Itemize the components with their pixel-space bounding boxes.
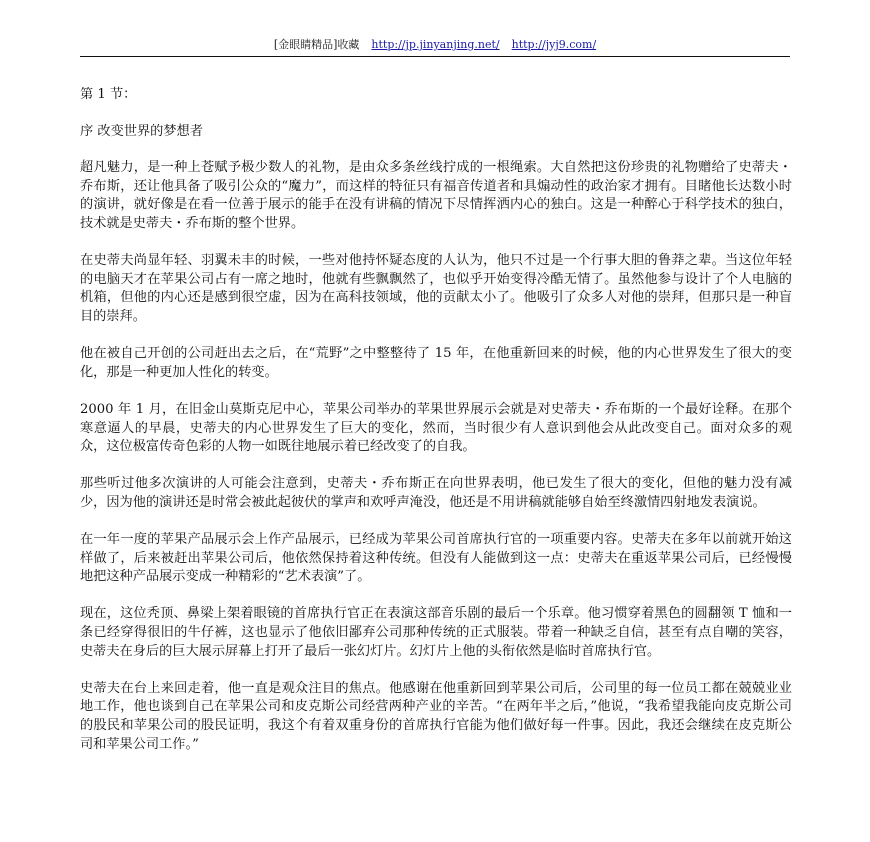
paragraph: 超凡魅力，是一种上苍赋予极少数人的礼物，是由众多条丝线拧成的一根绳索。大自然把这…: [80, 159, 792, 233]
paragraph: 在史蒂夫尚显年轻、羽翼未丰的时候，一些对他持怀疑态度的人认为，他只不过是一个行事…: [80, 252, 792, 326]
paragraph: 在一年一度的苹果产品展示会上作产品展示，已经成为苹果公司首席执行官的一项重要内容…: [80, 531, 792, 587]
source-label: [金眼睛精品]收藏: [274, 38, 360, 51]
section-label: 第 1 节：: [80, 86, 792, 105]
paragraph: 现在，这位秃顶、鼻梁上架着眼镜的首席执行官正在表演这部音乐剧的最后一个乐章。他习…: [80, 605, 792, 661]
page-header: [金眼睛精品]收藏http://jp.jinyanjing.net/http:/…: [80, 38, 790, 52]
site-link-jinyanjing[interactable]: http://jp.jinyanjing.net/: [371, 38, 499, 51]
paragraph: 2000 年 1 月，在旧金山莫斯克尼中心，苹果公司举办的苹果世界展示会就是对史…: [80, 401, 792, 457]
header-divider: [80, 56, 790, 57]
chapter-title: 序 改变世界的梦想者: [80, 123, 792, 142]
site-link-jyj9[interactable]: http://jyj9.com/: [512, 38, 597, 51]
paragraph: 他在被自己开创的公司赶出去之后，在“荒野”之中整整待了 15 年，在他重新回来的…: [80, 345, 792, 382]
paragraph: 史蒂夫在台上来回走着，他一直是观众注目的焦点。他感谢在他重新回到苹果公司后，公司…: [80, 680, 792, 754]
document-body: 第 1 节： 序 改变世界的梦想者 超凡魅力，是一种上苍赋予极少数人的礼物，是由…: [80, 86, 792, 773]
paragraph: 那些听过他多次演讲的人可能会注意到，史蒂夫・乔布斯正在向世界表明，他已发生了很大…: [80, 475, 792, 512]
